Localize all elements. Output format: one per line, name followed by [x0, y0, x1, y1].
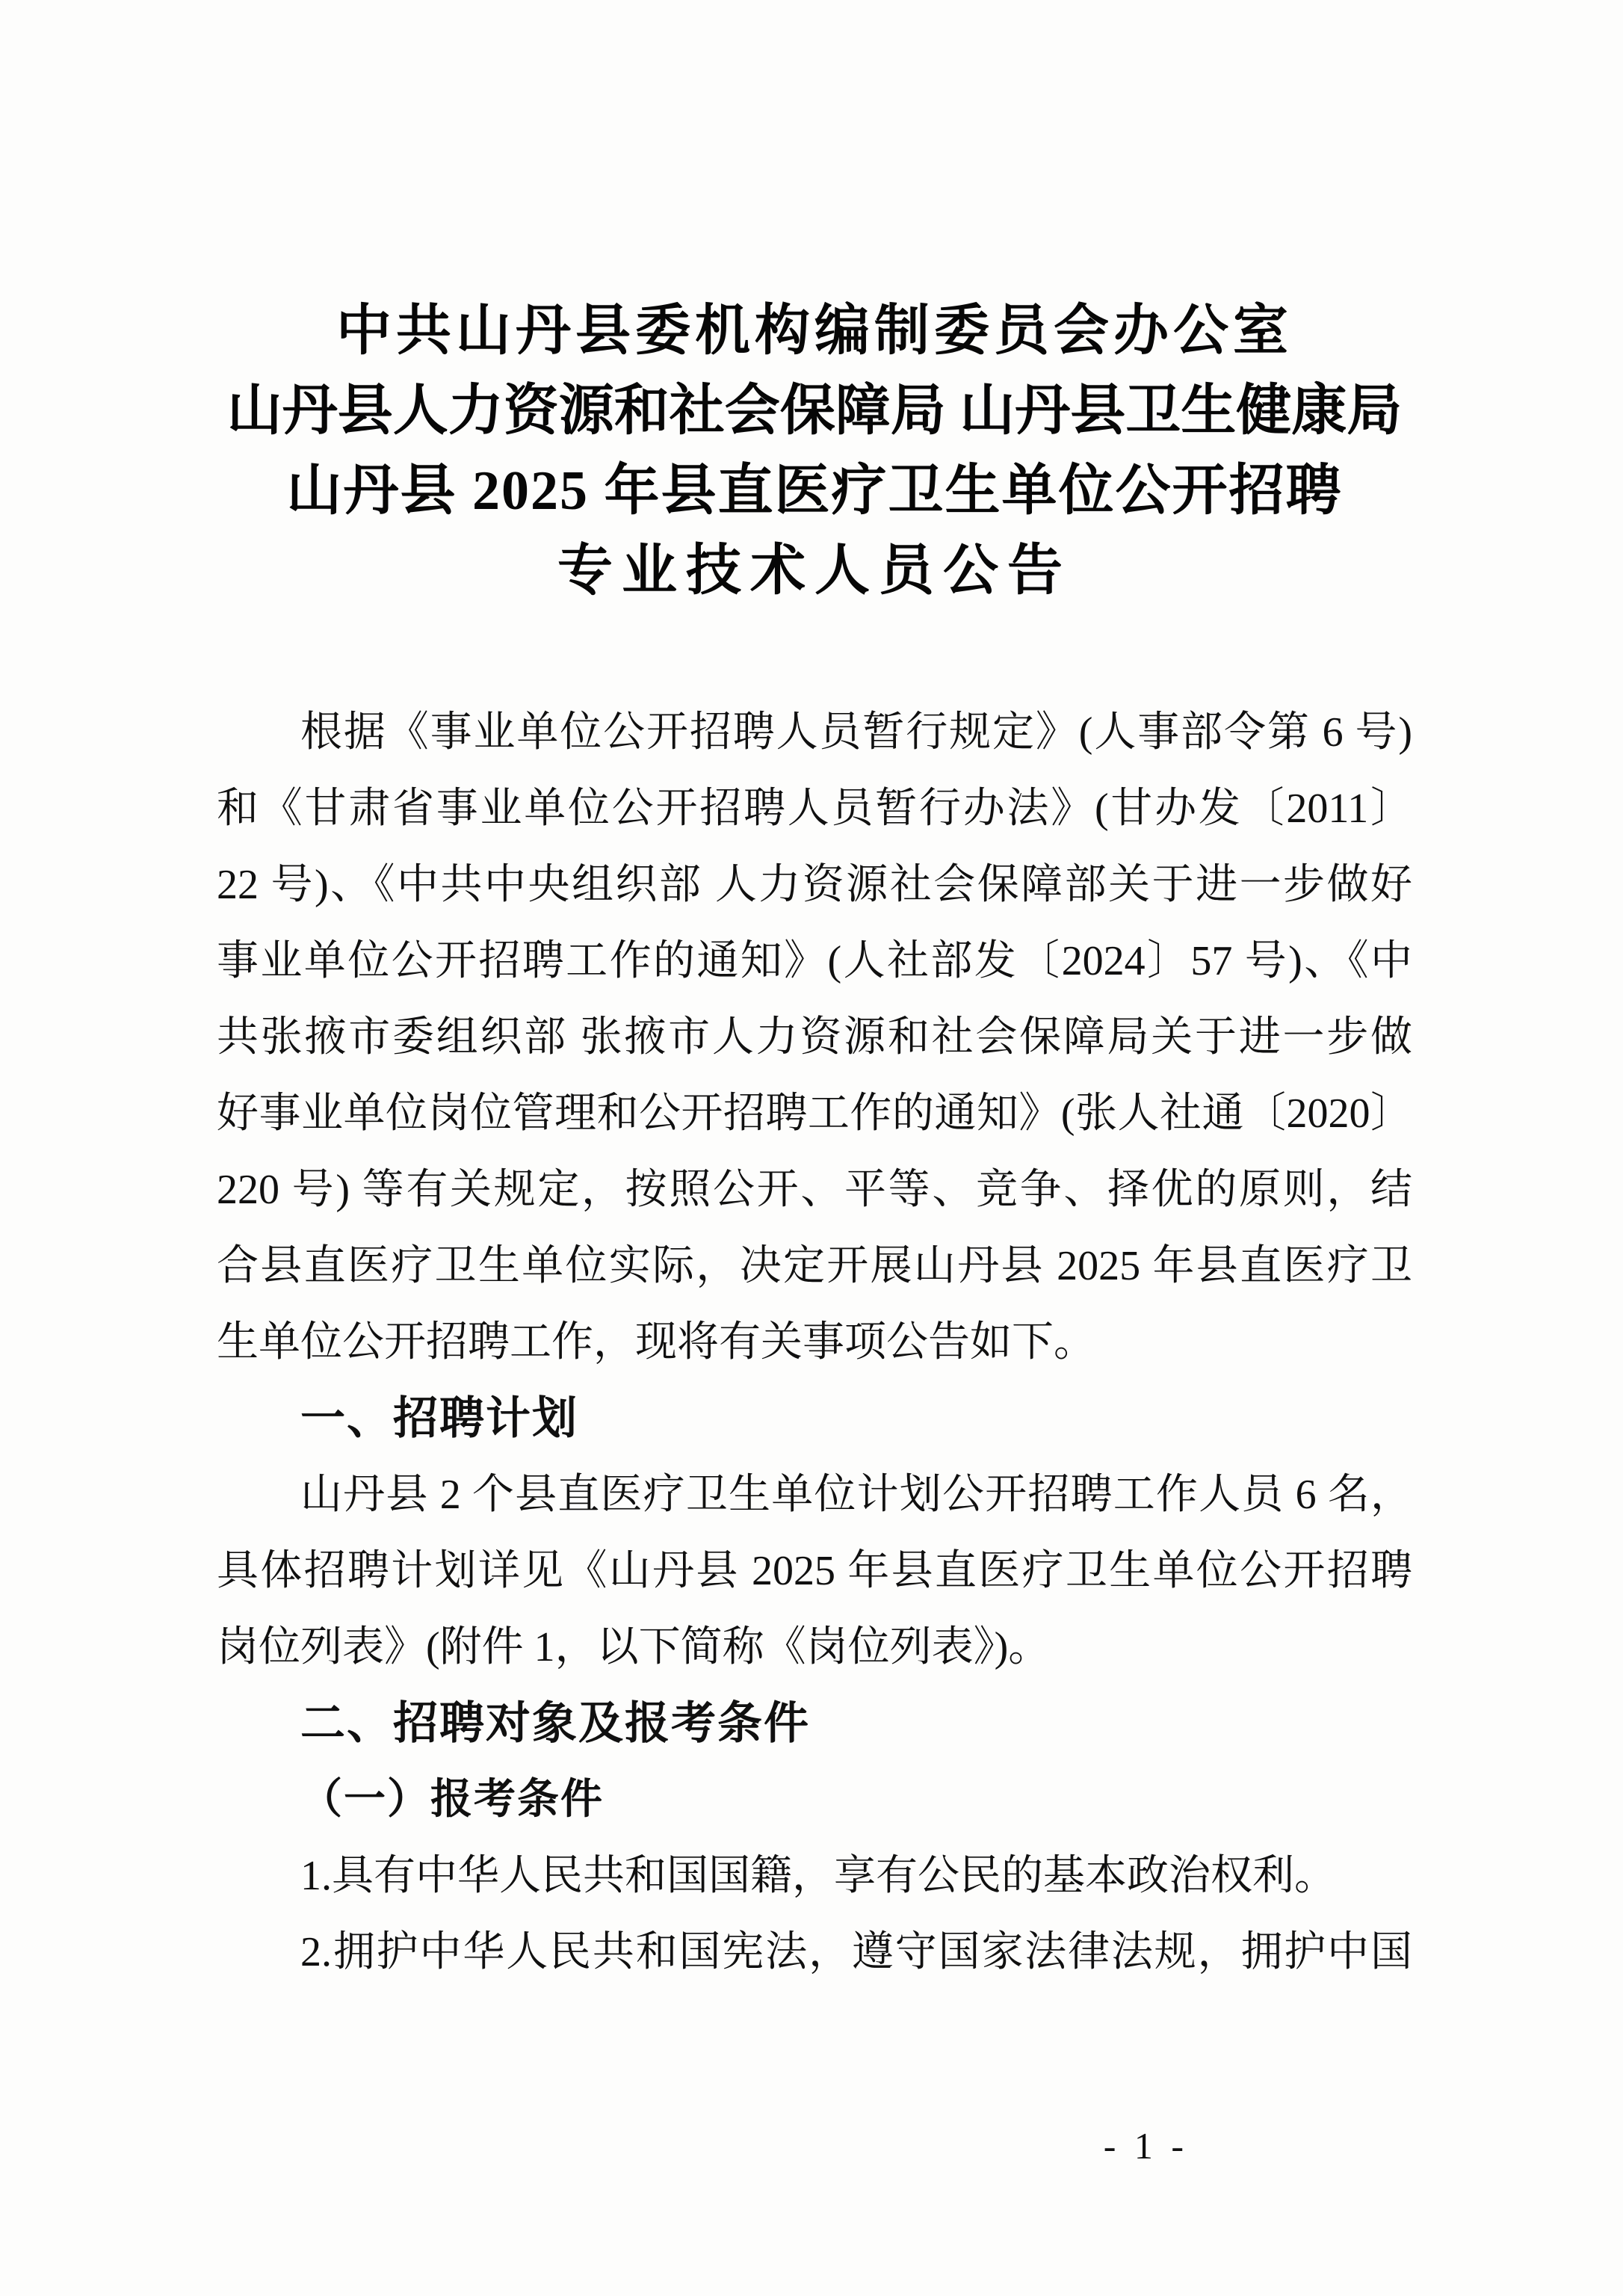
subsection-heading-conditions: （一）报考条件	[217, 1762, 1412, 1838]
paragraph-line: 根据《事业单位公开招聘人员暂行规定》(人事部令第 6 号)	[217, 694, 1412, 771]
doc-title: 中共山丹县委机构编制委员会办公室 山丹县人力资源和社会保障局 山丹县卫生健康局 …	[217, 0, 1412, 611]
list-item-condition-2: 2.拥护中华人民共和国宪法，遵守国家法律法规，拥护中国	[217, 1914, 1412, 1990]
paragraph-line: 共张掖市委组织部 张掖市人力资源和社会保障局关于进一步做	[217, 999, 1412, 1076]
paragraph-line: 事业单位公开招聘工作的通知》(人社部发〔2024〕57 号)、《中	[217, 923, 1412, 999]
paragraph-line: 和《甘肃省事业单位公开招聘人员暂行办法》(甘办发〔2011〕	[217, 771, 1412, 847]
paragraph-line: 好事业单位岗位管理和公开招聘工作的通知》(张人社通〔2020〕	[217, 1076, 1412, 1152]
section-heading-eligibility: 二、招聘对象及报考条件	[217, 1685, 1412, 1762]
list-item-condition-1: 1.具有中华人民共和国国籍，享有公民的基本政治权利。	[217, 1838, 1412, 1914]
doc-title-line-2: 山丹县人力资源和社会保障局 山丹县卫生健康局	[217, 371, 1412, 451]
section-heading-recruitment-plan: 一、招聘计划	[217, 1380, 1412, 1457]
doc-title-line-4: 专业技术人员公告	[217, 531, 1412, 611]
doc-title-line-3: 山丹县 2025 年县直医疗卫生单位公开招聘	[217, 451, 1412, 531]
paragraph-line: 生单位公开招聘工作，现将有关事项公告如下。	[217, 1304, 1412, 1380]
paragraph-line: 220 号) 等有关规定，按照公开、平等、竞争、择优的原则，结	[217, 1152, 1412, 1228]
document-content: 中共山丹县委机构编制委员会办公室 山丹县人力资源和社会保障局 山丹县卫生健康局 …	[0, 0, 1623, 2169]
paragraph-line: 22 号)、《中共中央组织部 人力资源社会保障部关于进一步做好	[217, 847, 1412, 923]
paragraph-line: 具体招聘计划详见《山丹县 2025 年县直医疗卫生单位公开招聘	[217, 1533, 1412, 1609]
page-number: - 1 -	[217, 2123, 1412, 2169]
doc-title-line-1: 中共山丹县委机构编制委员会办公室	[217, 291, 1412, 371]
paragraph-line: 合县直医疗卫生单位实际，决定开展山丹县 2025 年县直医疗卫	[217, 1228, 1412, 1304]
document-page: 中共山丹县委机构编制委员会办公室 山丹县人力资源和社会保障局 山丹县卫生健康局 …	[0, 0, 1623, 2296]
paragraph-line: 山丹县 2 个县直医疗卫生单位计划公开招聘工作人员 6 名，	[217, 1457, 1412, 1533]
doc-body: 根据《事业单位公开招聘人员暂行规定》(人事部令第 6 号) 和《甘肃省事业单位公…	[217, 694, 1412, 1990]
paragraph-line: 岗位列表》(附件 1，以下简称《岗位列表》)。	[217, 1609, 1412, 1685]
